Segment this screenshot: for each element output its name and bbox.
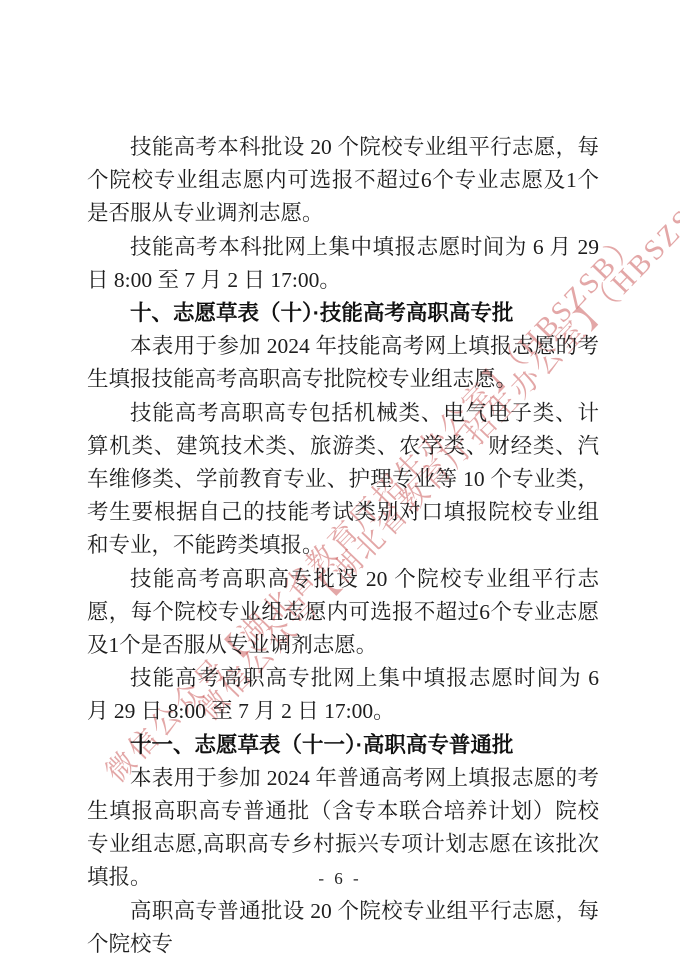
section-heading: 十一、志愿草表（十一）·高职高专普通批 (87, 729, 599, 762)
section-heading: 十、志愿草表（十）·技能高考高职高专批 (87, 297, 599, 330)
paragraph: 高职高专普通批设 20 个院校专业组平行志愿，每个院校专 (87, 895, 599, 961)
paragraph: 技能高考高职高专批设 20 个院校专业组平行志愿，每个院校专业组志愿内可选报不超… (87, 563, 599, 663)
paragraph: 技能高考本科批网上集中填报志愿时间为 6 月 29 日 8:00 至 7 月 2… (87, 231, 599, 297)
document-page: 微信公众号【湖北省教育厅招生办公室】（HBSZSB） 微信公众号【湖北省教育厅招… (0, 0, 680, 962)
paragraph: 技能高考高职高专批网上集中填报志愿时间为 6 月 29 日 8:00 至 7 月… (87, 662, 599, 728)
paragraph: 技能高考本科批设 20 个院校专业组平行志愿，每个院校专业组志愿内可选报不超过6… (87, 131, 599, 231)
paragraph: 本表用于参加 2024 年技能高考网上填报志愿的考生填报技能高考高职高专批院校专… (87, 330, 599, 396)
paragraph: 技能高考高职高专包括机械类、电气电子类、计算机类、建筑技术类、旅游类、农学类、财… (87, 397, 599, 563)
document-body: 技能高考本科批设 20 个院校专业组平行志愿，每个院校专业组志愿内可选报不超过6… (87, 131, 599, 961)
page-number: - 6 - (0, 869, 680, 889)
